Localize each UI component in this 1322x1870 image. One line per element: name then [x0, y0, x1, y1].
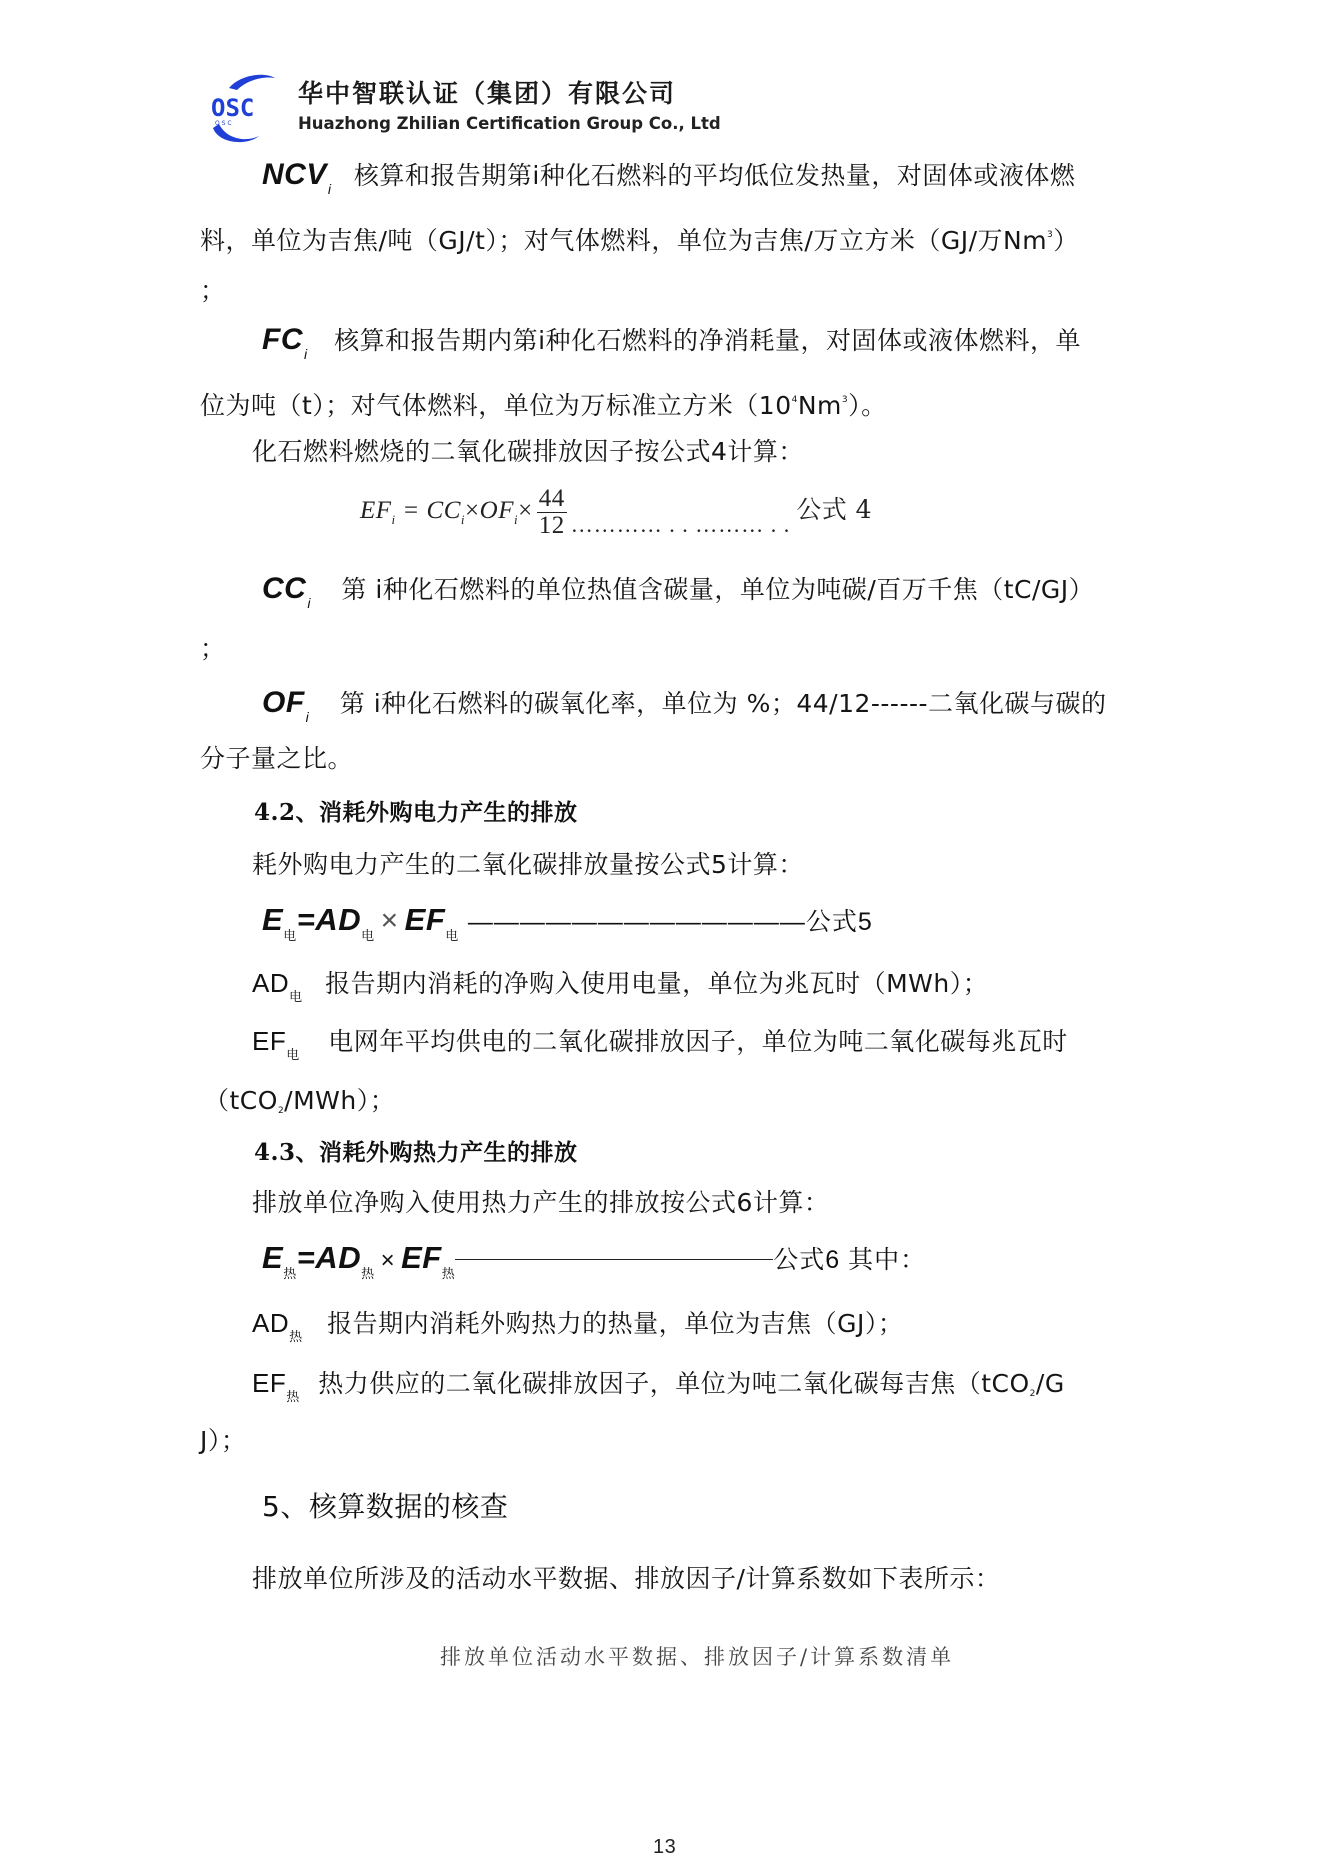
formula-4: EFi = CCi×OFi×4412………… . . ……… . .公式 4	[360, 484, 872, 551]
formula-6-label: 公式6 其中：	[773, 1246, 926, 1274]
section-5-intro: 排放单位所涉及的活动水平数据、排放因子/计算系数如下表所示：	[252, 1562, 1000, 1596]
section-5-heading: 5、核算数据的核查	[262, 1490, 508, 1524]
of-symbol: OFi	[262, 686, 309, 719]
of-definition-line2: 分子量之比。	[200, 742, 353, 776]
ef-intro: 化石燃料燃烧的二氧化碳排放因子按公式4计算：	[252, 435, 804, 469]
of-definition-line1: OFi 第 i种化石燃料的碳氧化率，单位为 %；44/12------二氧化碳与…	[262, 686, 1107, 734]
ef-heat-definition-line1: EF热 热力供应的二氧化碳排放因子，单位为吨二氧化碳每吉焦（tCO2/G	[252, 1366, 1065, 1414]
ncv-definition-line1: NCVi 核算和报告期第i种化石燃料的平均低位发热量，对固体或液体燃	[262, 158, 1075, 206]
fc-definition-line2: 位为吨（t）；对气体燃料，单位为万标准立方米（104Nm3）。	[200, 383, 887, 423]
osc-logo-icon: OSC O S C	[207, 70, 283, 146]
company-name-en: Huazhong Zhilian Certification Group Co.…	[298, 114, 721, 133]
ef-electricity-definition-line2: （tCO2/MWh）；	[204, 1084, 395, 1128]
section-4-2-intro: 耗外购电力产生的二氧化碳排放量按公式5计算：	[252, 848, 804, 882]
ad-electricity-definition: AD电 报告期内消耗的净购入使用电量，单位为兆瓦时（MWh）；	[252, 966, 988, 1014]
company-logo: OSC O S C	[207, 70, 283, 146]
section-4-3-heading: 4.3、消耗外购热力产生的排放	[254, 1136, 578, 1170]
table-caption: 排放单位活动水平数据、排放因子/计算系数清单	[440, 1640, 954, 1674]
section-4-2-heading: 4.2、消耗外购电力产生的排放	[254, 796, 578, 830]
formula-5-label: 公式5	[806, 908, 873, 936]
page-number: 13	[653, 1830, 676, 1864]
fraction-44-12: 4412	[537, 486, 567, 539]
cc-definition-line2: ；	[200, 632, 226, 666]
cc-symbol: CCi	[262, 572, 311, 605]
ncv-definition-line2: 料，单位为吉焦/吨（GJ/t）；对气体燃料，单位为吉焦/万立方米（GJ/万Nm3…	[200, 218, 1079, 258]
ncv-definition-line3: ；	[200, 274, 226, 308]
fc-symbol: FCi	[262, 323, 308, 356]
formula-6: E热=AD热×EF热公式6 其中：	[262, 1238, 926, 1294]
svg-text:OSC: OSC	[211, 94, 254, 122]
document-page: OSC O S C 华中智联认证（集团）有限公司 Huazhong Zhilia…	[0, 0, 1322, 1870]
company-name-cn: 华中智联认证（集团）有限公司	[298, 74, 676, 110]
ncv-symbol: NCVi	[262, 158, 331, 191]
cc-definition-line1: CCi 第 i种化石燃料的单位热值含碳量，单位为吨碳/百万千焦（tC/GJ）	[262, 572, 1094, 620]
formula-6-rule	[455, 1259, 773, 1260]
section-4-3-intro: 排放单位净购入使用热力产生的排放按公式6计算：	[252, 1186, 829, 1220]
fc-definition-line1: FCi 核算和报告期内第i种化石燃料的净消耗量，对固体或液体燃料，单	[262, 323, 1081, 371]
formula-4-label: 公式 4	[796, 495, 872, 524]
formula-5: E电=AD电×EF电 —————————————公式5	[262, 900, 873, 956]
svg-text:O S C: O S C	[215, 120, 232, 127]
ef-heat-definition-line2: J）；	[200, 1424, 246, 1458]
ad-heat-definition: AD热 报告期内消耗外购热力的热量，单位为吉焦（GJ）；	[252, 1306, 903, 1354]
ef-electricity-definition-line1: EF电 电网年平均供电的二氧化碳排放因子，单位为吨二氧化碳每兆瓦时	[252, 1024, 1068, 1072]
